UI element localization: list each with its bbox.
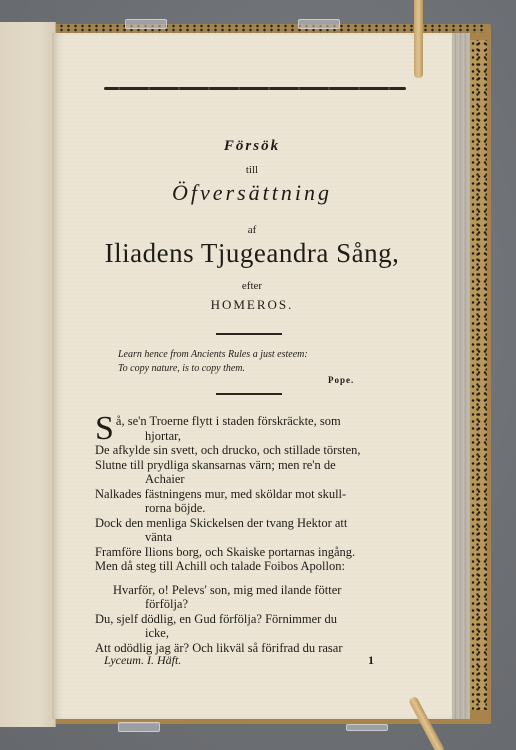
title-line-efter: efter <box>52 280 452 292</box>
title-line-iliadens: Iliadens Tjugeandra Sång, <box>52 238 452 269</box>
page-clip <box>346 724 388 731</box>
book-fore-edge <box>452 33 470 719</box>
page-footer: Lyceum. I. Häft. 1 <box>104 653 374 668</box>
signature-mark: Lyceum. I. Häft. <box>104 653 181 667</box>
poem-line: förfölja? <box>95 597 435 612</box>
title-line-ofversattning: Öfversättning <box>52 180 452 206</box>
page-clip <box>125 19 167 29</box>
poem-line: Achaier <box>95 472 435 487</box>
divider-rule <box>216 393 282 395</box>
ornamental-rule <box>104 87 406 90</box>
poem-line: Hvarför, o! Pelevs' son, mig med ilande … <box>95 583 435 598</box>
poem-line: icke, <box>95 626 435 641</box>
page-clip <box>298 19 340 29</box>
poem-line: Dock den menliga Skickelsen der tvang He… <box>95 516 435 531</box>
drop-cap: S <box>95 416 114 442</box>
title-line-till: till <box>52 164 452 176</box>
epigraph-attribution: Pope. <box>328 375 354 385</box>
title-line-af: af <box>52 224 452 236</box>
page-clip <box>118 722 160 732</box>
poem-line: Så, se'n Troerne flytt i staden förskräc… <box>95 406 435 429</box>
poem-body: Så, se'n Troerne flytt i staden förskräc… <box>95 406 435 655</box>
poem-line: vänta <box>95 530 435 545</box>
divider-rule <box>216 333 282 335</box>
title-line-homeros: HOMEROS. <box>52 297 452 313</box>
left-facing-page <box>0 22 56 727</box>
epigraph-line: Learn hence from Ancients Rules a just e… <box>118 348 308 362</box>
poem-line: hjortar, <box>95 429 435 444</box>
title-line-forsok: Försök <box>52 138 452 155</box>
epigraph: Learn hence from Ancients Rules a just e… <box>118 348 308 376</box>
poem-line: Slutne till prydliga skansarnas värn; me… <box>95 458 435 473</box>
epigraph-line: To copy nature, is to copy them. <box>118 362 308 376</box>
poem-line: Framföre Ilions borg, och Skaiske portar… <box>95 545 435 560</box>
poem-line: Nalkades fästningens mur, med sköldar mo… <box>95 487 435 502</box>
poem-line: Du, sjelf dödlig, en Gud förfölja? Förni… <box>95 612 435 627</box>
book-speckled-edge <box>470 40 487 710</box>
page-number: 1 <box>368 653 374 668</box>
page-holder-stick <box>414 0 423 78</box>
poem-line: rorna böjde. <box>95 501 435 516</box>
poem-line: Men då steg till Achill och talade Foibo… <box>95 559 435 574</box>
poem-line: De afkylde sin svett, och drucko, och st… <box>95 443 435 458</box>
